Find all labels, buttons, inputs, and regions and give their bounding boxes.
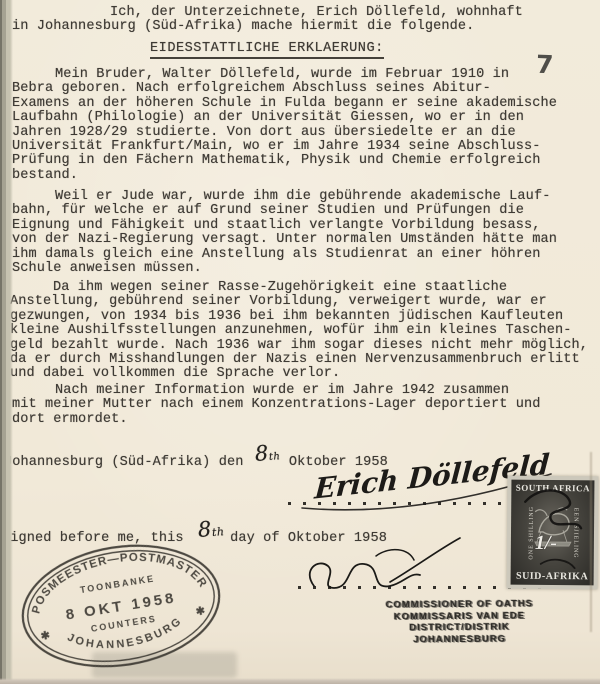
postmark-star-right: ✱: [195, 605, 206, 618]
commissioner-stamp-line4: JOHANNESBURG: [352, 633, 567, 646]
paragraph-3: Da ihm wegen seiner Rasse-Zugehörigkeit …: [10, 281, 592, 382]
paper-crease: [590, 452, 592, 632]
scan-edge-bottom: [0, 678, 600, 684]
paragraph-4: Nach meiner Information wurde er im Jahr…: [12, 384, 590, 427]
postage-country-af: SUID-AFRIKA: [511, 571, 594, 583]
postage-value: 1/-: [535, 532, 557, 555]
postmark-star-left: ✱: [40, 630, 51, 643]
commissioner-signature: [292, 534, 467, 604]
paragraph-2: Weil er Jude war, wurde ihm die gebühren…: [12, 190, 590, 276]
document-title: EIDESSTATTLICHE ERKLAERUNG:: [150, 41, 384, 59]
postage-stamp-design: SOUTH AFRICA ONE SHILLING EEN SJIELING 1…: [511, 480, 595, 586]
date-line-prefix: Johannesburg (Süd-Afrika) den: [4, 455, 243, 470]
paragraph-1: Mein Bruder, Walter Döllefeld, wurde im …: [12, 68, 590, 183]
commissioner-oaths-stamp: COMMISSIONER OF OATHS KOMMISSARIS VAN ED…: [352, 598, 567, 646]
scanned-affidavit-page: Ich, der Unterzeichnete, Erich Döllefeld…: [0, 0, 600, 684]
postage-stamp: SOUTH AFRICA ONE SHILLING EEN SJIELING 1…: [507, 476, 599, 590]
heading-wrap: EIDESSTATTLICHE ERKLAERUNG:: [150, 38, 384, 59]
handwritten-corner-mark: 7: [535, 50, 551, 80]
handwritten-day-1: 8th: [255, 445, 282, 466]
postmark-row1: TOONBANKE: [79, 573, 155, 595]
intro-text: Ich, der Unterzeichnete, Erich Döllefeld…: [12, 6, 587, 35]
